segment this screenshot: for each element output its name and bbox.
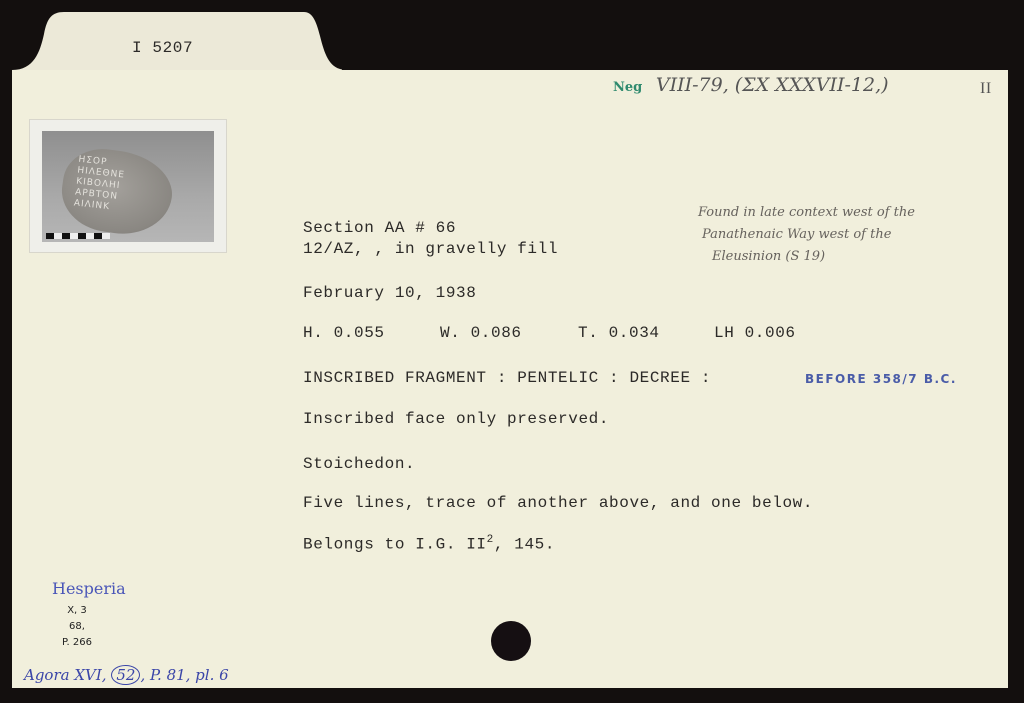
- classification: INSCRIBED FRAGMENT : PENTELIC : DECREE :: [303, 369, 711, 387]
- dimension-width: W. 0.086: [440, 324, 522, 342]
- description-preservation: Inscribed face only preserved.: [303, 410, 609, 428]
- negative-line: Neg VIII-79, (ΣΧ XXXVII-12,): [613, 74, 889, 96]
- hesperia-stamp: Hesperia: [52, 579, 126, 598]
- fragment-photo: ΗΣΟΡ ΗΙΛΕΘΝΕ ΚΙΒΟΛΗΙ ΑΡΒΤΟΝ ΑΙΛΙΝΚ: [42, 131, 214, 242]
- fragment-photo-mount: ΗΣΟΡ ΗΙΛΕΘΝΕ ΚΙΒΟΛΗΙ ΑΡΒΤΟΝ ΑΙΛΙΝΚ: [29, 119, 227, 253]
- drawer-mark: II: [980, 80, 992, 98]
- description-style: Stoichedon.: [303, 455, 415, 473]
- punch-hole: [491, 621, 531, 661]
- stone-inscription: ΗΣΟΡ ΗΙΛΕΘΝΕ ΚΙΒΟΛΗΙ ΑΡΒΤΟΝ ΑΙΛΙΝΚ: [73, 155, 126, 215]
- findspot-note: Found in late context west of the Panath…: [698, 202, 915, 268]
- negative-label: Neg: [613, 80, 642, 95]
- dimension-thickness: T. 0.034: [578, 324, 660, 342]
- section-number: Section AA # 66: [303, 219, 456, 237]
- dimension-height: H. 0.055: [303, 324, 385, 342]
- negative-value: VIII-79, (ΣΧ XXXVII-12,): [656, 74, 889, 96]
- dating-stamp: BEFORE 358/7 B.C.: [805, 372, 957, 386]
- bibliographic-reference: Belongs to I.G. II2, 145.: [303, 534, 555, 553]
- dimension-letter-height: LH 0.006: [714, 324, 796, 342]
- scale-bar: [46, 233, 110, 239]
- description-lines: Five lines, trace of another above, and …: [303, 494, 813, 512]
- date-found: February 10, 1938: [303, 284, 476, 302]
- grid-findspot: 12/ΑΖ, , in gravelly fill: [303, 240, 558, 258]
- inventory-number: I 5207: [132, 39, 193, 57]
- hesperia-reference: X, 3 68, P. 266: [60, 603, 94, 651]
- agora-reference: Agora XVI, 52, P. 81, pl. 6: [24, 666, 229, 684]
- catalog-number-circled: 52: [111, 665, 140, 685]
